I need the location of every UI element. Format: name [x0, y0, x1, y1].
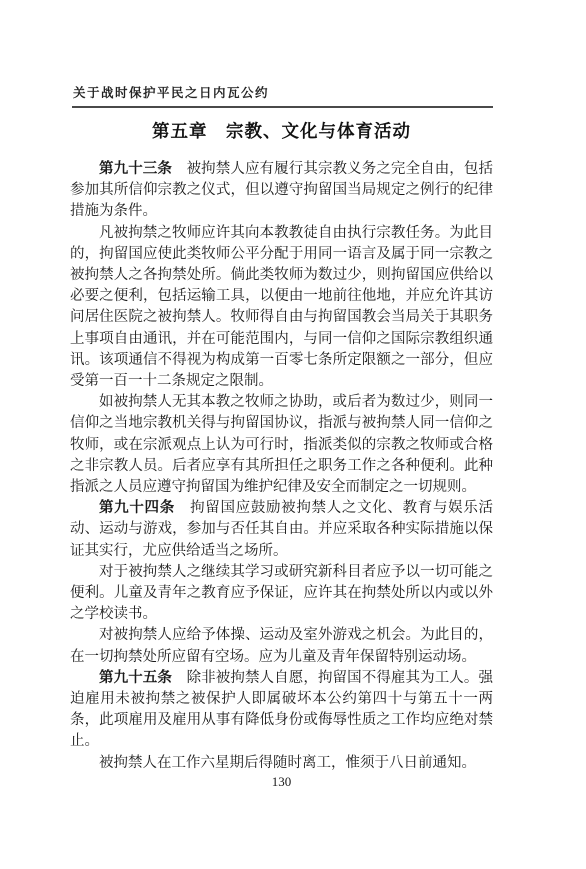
- paragraph: 如被拘禁人无其本教之牧师之协助，或后者为数过少，则同一信仰之当地宗教机关得与拘留…: [70, 392, 493, 498]
- page-number: 130: [70, 774, 493, 790]
- paragraph-text: 对于被拘禁人之继续其学习或研究新科目者应予以一切可能之便利。儿童及青年之教育应予…: [70, 564, 493, 622]
- paragraph-text: 凡被拘禁之牧师应许其向本教教徒自由执行宗教任务。为此目的，拘留国应使此类牧师公平…: [70, 225, 493, 389]
- paragraph: 对于被拘禁人之继续其学习或研究新科目者应予以一切可能之便利。儿童及青年之教育应予…: [70, 562, 493, 626]
- article-93-number: 第九十三条: [99, 161, 187, 177]
- article-94-number: 第九十四条: [99, 500, 190, 516]
- header-rule-divider: [72, 106, 493, 108]
- paragraph-article-95: 第九十五条 除非被拘禁人自愿，拘留国不得雇其为工人。强迫雇用未被拘禁之被保护人即…: [70, 668, 493, 753]
- paragraph-text: 被拘禁人在工作六星期后得随时离工，惟须于八日前通知。: [99, 755, 476, 771]
- paragraph: 对被拘禁人应给予体操、运动及室外游戏之机会。为此目的，在一切拘禁处所应留有空场。…: [70, 625, 493, 667]
- article-95-number: 第九十五条: [99, 670, 187, 686]
- paragraph-article-94: 第九十四条 拘留国应鼓励被拘禁人之文化、教育与娱乐活动、运动与游戏，参加与否任其…: [70, 498, 493, 562]
- paragraph: 被拘禁人在工作六星期后得随时离工，惟须于八日前通知。: [70, 753, 493, 774]
- paragraph-article-93: 第九十三条 被拘禁人应有履行其宗教义务之完全自由，包括参加其所信仰宗教之仪式，但…: [70, 159, 493, 223]
- running-header: 关于战时保护平民之日内瓦公约: [73, 83, 494, 101]
- chapter-title: 第五章 宗教、文化与体育活动: [70, 118, 493, 143]
- document-page: 关于战时保护平民之日内瓦公约 第五章 宗教、文化与体育活动 第九十三条 被拘禁人…: [0, 0, 586, 869]
- paragraph: 凡被拘禁之牧师应许其向本教教徒自由执行宗教任务。为此目的，拘留国应使此类牧师公平…: [70, 223, 493, 393]
- body-text: 第九十三条 被拘禁人应有履行其宗教义务之完全自由，包括参加其所信仰宗教之仪式，但…: [70, 159, 493, 774]
- paragraph-text: 如被拘禁人无其本教之牧师之协助，或后者为数过少，则同一信仰之当地宗教机关得与拘留…: [70, 394, 493, 495]
- paragraph-text: 对被拘禁人应给予体操、运动及室外游戏之机会。为此目的，在一切拘禁处所应留有空场。…: [70, 627, 493, 664]
